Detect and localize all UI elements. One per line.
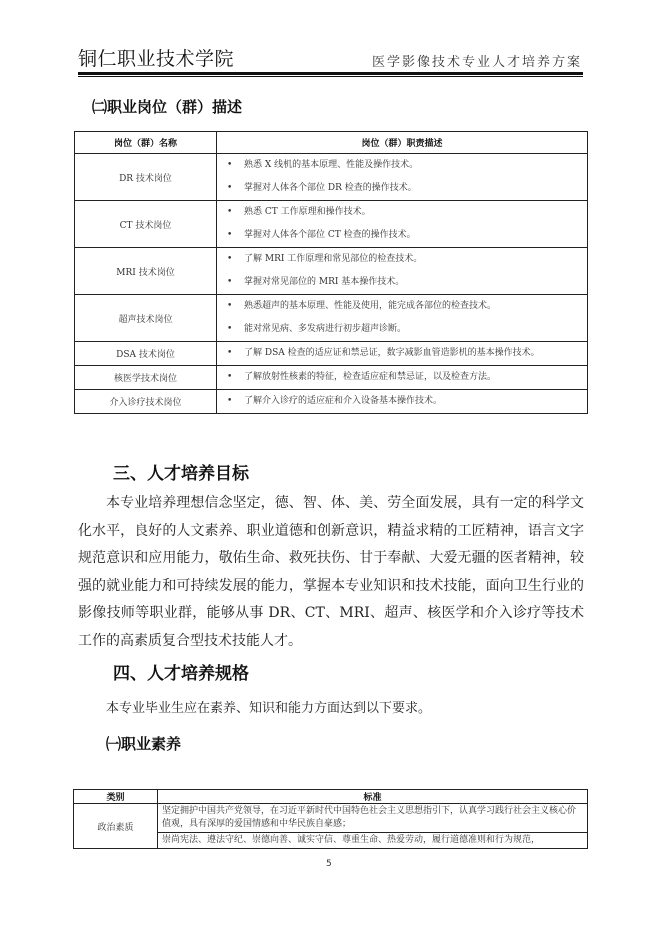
table-row: 政治素质 坚定拥护中国共产党领导，在习近平新时代中国特色社会主义思想指引下，认真…	[74, 804, 588, 833]
position-description: 了解介入诊疗的适应症和介入设备基本操作技术。	[217, 390, 588, 414]
section-2-2-title: ㈡职业岗位（群）描述	[92, 96, 242, 117]
bullet-item: 掌握对常见部位的 MRI 基本操作技术。	[227, 271, 587, 294]
bullet-item: 能对常见病、多发病进行初步超声诊断。	[227, 318, 587, 341]
column-header-name: 岗位（群）名称	[75, 132, 217, 154]
position-name: 介入诊疗技术岗位	[75, 390, 217, 414]
header-document-title: 医学影像技术专业人才培养方案	[372, 51, 582, 70]
table-header-row: 岗位（群）名称 岗位（群）职责描述	[75, 132, 588, 154]
bullet-item: 熟悉 X 线机的基本原理、性能及操作技术。	[227, 154, 587, 177]
position-description: 了解 MRI 工作原理和常见部位的检查技术。 掌握对常见部位的 MRI 基本操作…	[217, 248, 588, 295]
job-positions-table: 岗位（群）名称 岗位（群）职责描述 DR 技术岗位 熟悉 X 线机的基本原理、性…	[74, 131, 588, 414]
position-name: 超声技术岗位	[75, 295, 217, 342]
table-row: DSA 技术岗位 了解 DSA 检查的适应证和禁忌证，数字减影血管造影机的基本操…	[75, 342, 588, 366]
bullet-item: 了解介入诊疗的适应症和介入设备基本操作技术。	[227, 390, 587, 413]
position-description: 熟悉超声的基本原理、性能及使用，能完成各部位的检查技术。 能对常见病、多发病进行…	[217, 295, 588, 342]
position-description: 了解放射性核素的特征，检查适应症和禁忌证，以及检查方法。	[217, 366, 588, 390]
position-name: DR 技术岗位	[75, 154, 217, 201]
position-name: CT 技术岗位	[75, 201, 217, 248]
header-rule-thick	[78, 72, 583, 75]
standard-text: 崇尚宪法、遵法守纪、崇德向善、诚实守信、尊重生命、热爱劳动，履行道德准则和行为规…	[158, 833, 588, 849]
column-header-description: 岗位（群）职责描述	[217, 132, 588, 154]
column-header-category: 类别	[74, 790, 158, 804]
section-4-1-title: ㈠职业素养	[106, 733, 181, 754]
bullet-item: 熟悉 CT 工作原理和操作技术。	[227, 201, 587, 224]
page-number: 5	[326, 859, 332, 869]
bullet-item: 了解 DSA 检查的适应证和禁忌证，数字减影血管造影机的基本操作技术。	[227, 342, 587, 365]
bullet-item: 掌握对人体各个部位 CT 检查的操作技术。	[227, 224, 587, 247]
position-name: 核医学技术岗位	[75, 366, 217, 390]
table-row: 核医学技术岗位 了解放射性核素的特征，检查适应症和禁忌证，以及检查方法。	[75, 366, 588, 390]
table-row: MRI 技术岗位 了解 MRI 工作原理和常见部位的检查技术。 掌握对常见部位的…	[75, 248, 588, 295]
position-description: 了解 DSA 检查的适应证和禁忌证，数字减影血管造影机的基本操作技术。	[217, 342, 588, 366]
section-3-paragraph: 本专业培养理想信念坚定，德、智、体、美、劳全面发展，具有一定的科学文化水平，良好…	[78, 490, 584, 655]
header-rule-thin	[78, 76, 583, 77]
section-3-title: 三、人才培养目标	[113, 459, 249, 484]
section-4-title: 四、人才培养规格	[113, 659, 249, 684]
position-description: 熟悉 X 线机的基本原理、性能及操作技术。 掌握对人体各个部位 DR 检查的操作…	[217, 154, 588, 201]
section-4-intro: 本专业毕业生应在素养、知识和能力方面达到以下要求。	[106, 697, 431, 716]
bullet-item: 熟悉超声的基本原理、性能及使用，能完成各部位的检查技术。	[227, 295, 587, 318]
category-name: 政治素质	[74, 804, 158, 849]
table-row: 超声技术岗位 熟悉超声的基本原理、性能及使用，能完成各部位的检查技术。 能对常见…	[75, 295, 588, 342]
standard-text: 坚定拥护中国共产党领导，在习近平新时代中国特色社会主义思想指引下，认真学习践行社…	[158, 804, 588, 833]
table-row: 介入诊疗技术岗位 了解介入诊疗的适应症和介入设备基本操作技术。	[75, 390, 588, 414]
header-institution: 铜仁职业技术学院	[78, 44, 234, 71]
position-name: DSA 技术岗位	[75, 342, 217, 366]
table-header-row: 类别 标准	[74, 790, 588, 804]
bullet-item: 了解放射性核素的特征，检查适应症和禁忌证，以及检查方法。	[227, 366, 587, 389]
bullet-item: 掌握对人体各个部位 DR 检查的操作技术。	[227, 177, 587, 200]
bullet-item: 了解 MRI 工作原理和常见部位的检查技术。	[227, 248, 587, 271]
position-description: 熟悉 CT 工作原理和操作技术。 掌握对人体各个部位 CT 检查的操作技术。	[217, 201, 588, 248]
table-row: DR 技术岗位 熟悉 X 线机的基本原理、性能及操作技术。 掌握对人体各个部位 …	[75, 154, 588, 201]
table-row: CT 技术岗位 熟悉 CT 工作原理和操作技术。 掌握对人体各个部位 CT 检查…	[75, 201, 588, 248]
position-name: MRI 技术岗位	[75, 248, 217, 295]
column-header-standard: 标准	[158, 790, 588, 804]
professional-quality-table: 类别 标准 政治素质 坚定拥护中国共产党领导，在习近平新时代中国特色社会主义思想…	[73, 789, 588, 849]
